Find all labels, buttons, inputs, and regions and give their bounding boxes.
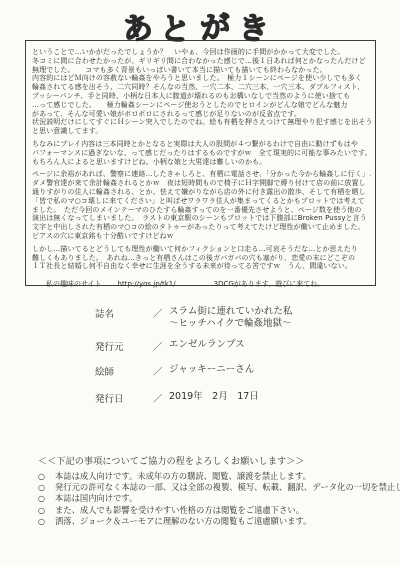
text-line: 無理でした。 コマも多く背景もいっぱい書いて本当に描いても描いても終わらなかった… bbox=[32, 66, 371, 75]
notice-item: ○ また、成人でも影響を受けやすい性格の方は閲覧をご遠慮下さい。 bbox=[38, 505, 386, 516]
text-line: 内容的にはどＭ向けの容赦ない輪姦をやろうと思いました。 極力１シーンにページを使… bbox=[32, 74, 371, 83]
afterword-page: あとがき ということで…いかがだったでしょうか？ いやぁ、今回は作画的に手間がか… bbox=[0, 0, 400, 565]
text-line: ＩＴ社長と結婚し何不自由なく幸せに生涯を全うする未来が待ってる筈ですｗ うん、間… bbox=[32, 262, 371, 271]
book-title-line2: ～ヒッチハイクで輪姦地獄～ bbox=[169, 318, 291, 329]
publisher-name: エンゼルランプス bbox=[169, 339, 245, 351]
colophon-row-publisher: 発行元 ／ エンゼルランプス bbox=[95, 339, 292, 353]
circle-bullet: ○ bbox=[38, 516, 49, 527]
text-line: 演出は無くなってしまいました。 ラストの東京駅のシーンもプロットでは下腹部にBr… bbox=[32, 214, 371, 223]
colophon-label: 発行元 bbox=[95, 339, 153, 353]
text-line: 「皆で私のマ○コ壊しに来てください」と叫ばせワラワラ住人が集まってくるとかもプロ… bbox=[32, 197, 371, 206]
notice-text: 洒落、ジョーク＆ユーモアに理解のない方の閲覧もご遠慮願います。 bbox=[55, 516, 311, 527]
text-line: ページに余裕があれば、警察に連絡…したきゃしろと、有栖に電話させ、「分かった今か… bbox=[32, 170, 371, 179]
text-line: もちろん人によると思いますけどね。小柄な娘と大男達は難しいのかも。 bbox=[32, 158, 371, 167]
circle-bullet: ○ bbox=[38, 493, 49, 504]
page-title: あとがき bbox=[0, 2, 400, 46]
colophon-label: 誌名 bbox=[95, 306, 153, 320]
text-line: ダメ警官達が来て余計輪姦されるとかｗ 夜は短時間もので椅子にＨ字開脚で縛り付けて… bbox=[32, 179, 371, 188]
text-line: 通りすがりの住人に輪姦される、とか、怯えて嫌がりながら店の外に付き露出の散歩、そ… bbox=[32, 188, 371, 197]
colophon-row-date: 発行日 ／ 2019年 2月 17日 bbox=[95, 391, 292, 405]
afterword-paragraph: ちなみにプレイ内容は三本同時とかとなると実際は大人の股間が４つ繋がるわけで自由に… bbox=[32, 140, 371, 166]
notice-text: 発行元の許可なく本誌の一部、又は全部の複製、模写、転載、翻訳、データ化の一切を禁… bbox=[55, 482, 400, 493]
text-line: パフォーマンスに過ぎないな、って感じだったりはするものですがｗ 全て現実的に可能… bbox=[32, 149, 371, 158]
text-line: 状況説明だけにしてすぐにＨシーン突入でしたのでね。絵も有栖を押さえつけて無理やり… bbox=[32, 118, 371, 127]
notice-item: ○ 本誌は国内向けです。 bbox=[38, 493, 386, 504]
book-title: スラム街に連れていかれた私 ～ヒッチハイクで輪姦地獄～ bbox=[169, 306, 292, 330]
text-line: ピアスの穴に東京銘も十分酷いですけどねｗ bbox=[32, 232, 371, 241]
text-line: 冬コミに間に合わせたかったが、ギリギリ間に合わなかった感じで…後１日あれば何とか… bbox=[32, 57, 371, 66]
circle-bullet: ○ bbox=[38, 505, 49, 516]
colophon-separator: ／ bbox=[153, 364, 169, 378]
colophon-row-artist: 絵師 ／ ジャッキーニーさん bbox=[95, 364, 292, 378]
notice-text: 本誌は国内向けです。 bbox=[55, 493, 137, 504]
text-line: ました。 ただ今回のメインテーマのひたすら輪姦すってのを一番優先させようと、ペー… bbox=[32, 206, 371, 215]
colophon-row-title: 誌名 ／ スラム街に連れていかれた私 ～ヒッチハイクで輪姦地獄～ bbox=[95, 306, 292, 330]
notice-item: ○ 本誌は成人向けです。未成年の方の購読、閲覧、譲渡を禁止します。 bbox=[38, 471, 386, 482]
afterword-paragraph: ということで…いかがだったでしょうか？ いやぁ、今回は作画的に手間がかかって大変… bbox=[32, 48, 371, 136]
notice-section: ＜＜下記の事項についてご協力の程をよろしくお願いします＞＞ ○ 本誌は成人向けで… bbox=[38, 454, 386, 527]
notice-heading: ＜＜下記の事項についてご協力の程をよろしくお願いします＞＞ bbox=[38, 454, 386, 467]
afterword-paragraph: しかし…描いてるとどうしても理性が働いて何かフィクションと口走る…可哀そうだな…… bbox=[32, 245, 371, 271]
colophon-separator: ／ bbox=[153, 339, 169, 353]
text-line: プッシーパンチ、手と同時、小柄な日本人に膣道が壊れるのもお構いなしで当然のように… bbox=[32, 92, 371, 101]
notice-item: ○ 洒落、ジョーク＆ユーモアに理解のない方の閲覧もご遠慮願います。 bbox=[38, 516, 386, 527]
artist-name: ジャッキーニーさん bbox=[169, 364, 254, 376]
text-line: しかし…描いてるとどうしても理性が働いて何かフィクションと口走る…可哀そうだな…… bbox=[32, 245, 371, 254]
text-line: があって、そんな可愛い娘がボロボロにされるって感じが足りないのが反省点です。 bbox=[32, 110, 371, 119]
afterword-text-box: ということで…いかがだったでしょうか？ いやぁ、今回は作画的に手間がかかって大変… bbox=[25, 40, 376, 286]
publish-date: 2019年 2月 17日 bbox=[169, 391, 259, 403]
text-line: 難しくもありました。 あれね…きっと有栖さんはこの後ガバガバの穴も塞がり、恋愛の… bbox=[32, 254, 371, 263]
book-title-line1: スラム街に連れていかれた私 bbox=[169, 306, 292, 317]
notice-item: ○ 発行元の許可なく本誌の一部、又は全部の複製、模写、転載、翻訳、データ化の一切… bbox=[38, 482, 386, 493]
text-line: と思い意識してます。 bbox=[32, 127, 371, 136]
colophon: 誌名 ／ スラム街に連れていかれた私 ～ヒッチハイクで輪姦地獄～ 発行元 ／ エ… bbox=[95, 306, 292, 405]
site-note: 3DCGがあります、遊びに来てね。 bbox=[214, 280, 325, 289]
afterword-paragraph: ページに余裕があれば、警察に連絡…したきゃしろと、有栖に電話させ、「分かった今か… bbox=[32, 170, 371, 240]
site-label: 私の趣味のサイト bbox=[46, 280, 102, 289]
notice-text: 本誌は成人向けです。未成年の方の購読、閲覧、譲渡を禁止します。 bbox=[55, 471, 311, 482]
colophon-separator: ／ bbox=[153, 391, 169, 405]
circle-bullet: ○ bbox=[38, 471, 49, 482]
text-line: ということで…いかがだったでしょうか？ いやぁ、今回は作画的に手間がかかって大変… bbox=[32, 48, 371, 57]
circle-bullet: ○ bbox=[38, 482, 49, 493]
text-line: ちなみにプレイ内容は三本同時とかとなると実際は大人の股間が４つ繋がるわけで自由に… bbox=[32, 140, 371, 149]
hobby-site-line: 私の趣味のサイト http://yos.jp/tk1/ 3DCGがあります、遊び… bbox=[32, 280, 371, 289]
text-line: 輪姦されてる感を出そう、二穴同時？そんなの当然、一穴二本、二穴三本、一穴三本、ダ… bbox=[32, 83, 371, 92]
colophon-separator: ／ bbox=[153, 306, 169, 320]
site-url: http://yos.jp/tk1/ bbox=[118, 280, 176, 289]
notice-text: また、成人でも影響を受けやすい性格の方は閲覧をご遠慮下さい。 bbox=[55, 505, 304, 516]
text-line: …って感じでした。 極力輪姦シーンにページ使おうとしたのでヒロインがどんな娘でど… bbox=[32, 101, 371, 110]
colophon-label: 絵師 bbox=[95, 364, 153, 378]
colophon-label: 発行日 bbox=[95, 391, 153, 405]
text-line: 文字と中出しされた有栖のマ○コの絵のタトゥーがあったりって考えてたけど理性が働い… bbox=[32, 223, 371, 232]
